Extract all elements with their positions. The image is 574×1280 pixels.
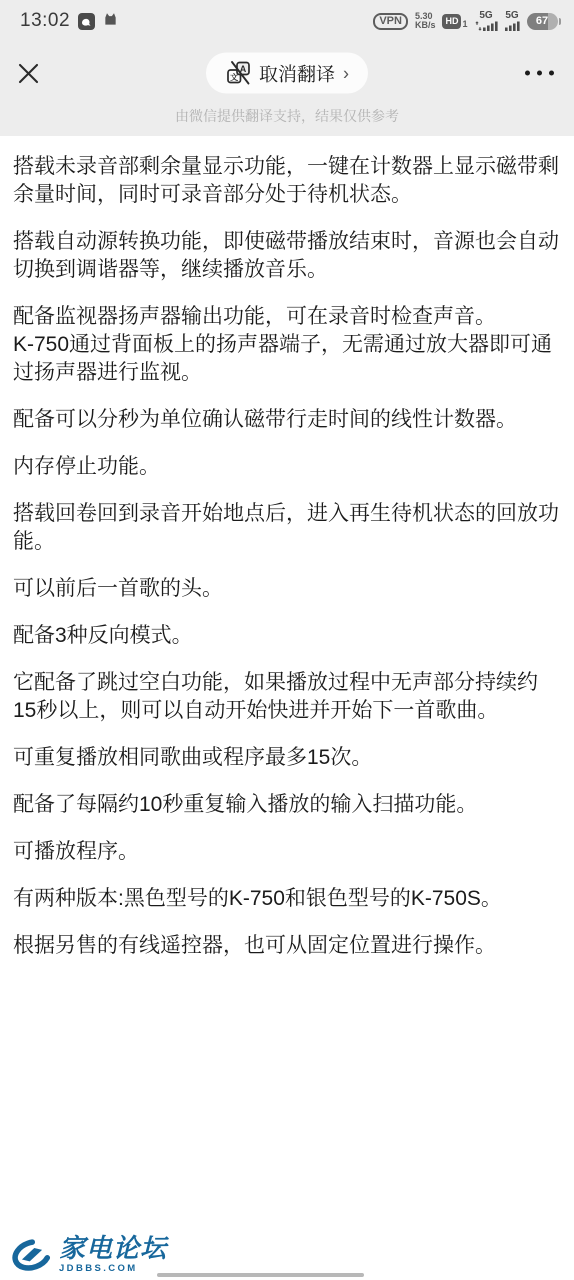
svg-text:文: 文 [230,72,238,82]
signal-sim1: 5G [475,11,498,31]
status-left: 13:02 [20,10,118,32]
paragraph: 内存停止功能。 [13,453,561,481]
status-right: VPN 5.30 KB/s HD 1 5G 5G [373,11,561,31]
cancel-translate-button[interactable]: 文 A 取消翻译 › [206,53,368,94]
translated-text-body: 搭载未录音部剩余量显示功能，一键在计数器上显示磁带剩余量时间，同时可录音部分处于… [0,136,574,960]
dot-icon [525,71,530,76]
signal-sim2: 5G [505,11,520,31]
battery-icon: 67 [527,13,562,30]
site-url: JDBBS.COM [59,1263,138,1274]
dot-icon [537,71,542,76]
signal-bars-icon [505,21,520,31]
vpn-icon: VPN [373,13,408,30]
translation-disclaimer: 由微信提供翻译支持，结果仅供参考 [0,104,574,136]
paragraph: 它配备了跳过空白功能，如果播放过程中无声部分持续约15秒以上，则可以自动开始快进… [13,669,561,725]
paragraph: 搭载未录音部剩余量显示功能，一键在计数器上显示磁带剩余量时间，同时可录音部分处于… [13,153,561,209]
paragraph: 配备可以分秒为单位确认磁带行走时间的线性计数器。 [13,406,561,434]
chevron-right-icon: › [343,64,349,82]
paragraph: 配备监视器扬声器输出功能，可在录音时检查声音。 K-750通过背面板上的扬声器端… [13,303,561,387]
hd-voice-icon: HD 1 [442,14,467,29]
nav-bar: 文 A 取消翻译 › [0,42,574,104]
phone-screen: 13:02 VPN 5.30 KB/s HD 1 [0,0,574,1280]
top-bar-area: 13:02 VPN 5.30 KB/s HD 1 [0,0,574,136]
close-button[interactable] [14,59,42,87]
signal-bars-icon [483,21,498,31]
data-arrows-icon [475,21,482,31]
paragraph: 搭载回卷回到录音开始地点后，进入再生待机状态的回放功能。 [13,500,561,556]
status-bar: 13:02 VPN 5.30 KB/s HD 1 [0,0,574,42]
close-icon [18,63,39,84]
network-speed: 5.30 KB/s [415,12,436,30]
home-indicator-bar[interactable] [157,1273,364,1277]
site-name: 家电论坛 [59,1235,167,1261]
paragraph: 有两种版本:黑色型号的K-750和银色型号的K-750S。 [13,885,561,913]
cat-app-icon [103,11,118,31]
dot-icon [549,71,554,76]
clock: 13:02 [20,10,70,32]
cancel-translate-label: 取消翻译 [259,60,335,87]
jdbbs-logo-icon [10,1233,54,1275]
paragraph: 配备3种反向模式。 [13,622,561,650]
paragraph: 根据另售的有线遥控器，也可从固定位置进行操作。 [13,932,561,960]
cancel-translate-icon: 文 A [225,60,252,87]
paragraph: 搭载自动源转换功能，即使磁带播放结束时，音源也会自动切换到调谐器等，继续播放音乐… [13,228,561,284]
paragraph: 可重复播放相同歌曲或程序最多15次。 [13,744,561,772]
paragraph: 配备了每隔约10秒重复输入播放的输入扫描功能。 [13,791,561,819]
jdbbs-watermark: 家电论坛 JDBBS.COM [10,1233,167,1275]
wechat-notification-icon [78,13,95,30]
paragraph: 可播放程序。 [13,838,561,866]
paragraph: 可以前后一首歌的头。 [13,575,561,603]
more-menu-button[interactable] [523,65,556,82]
